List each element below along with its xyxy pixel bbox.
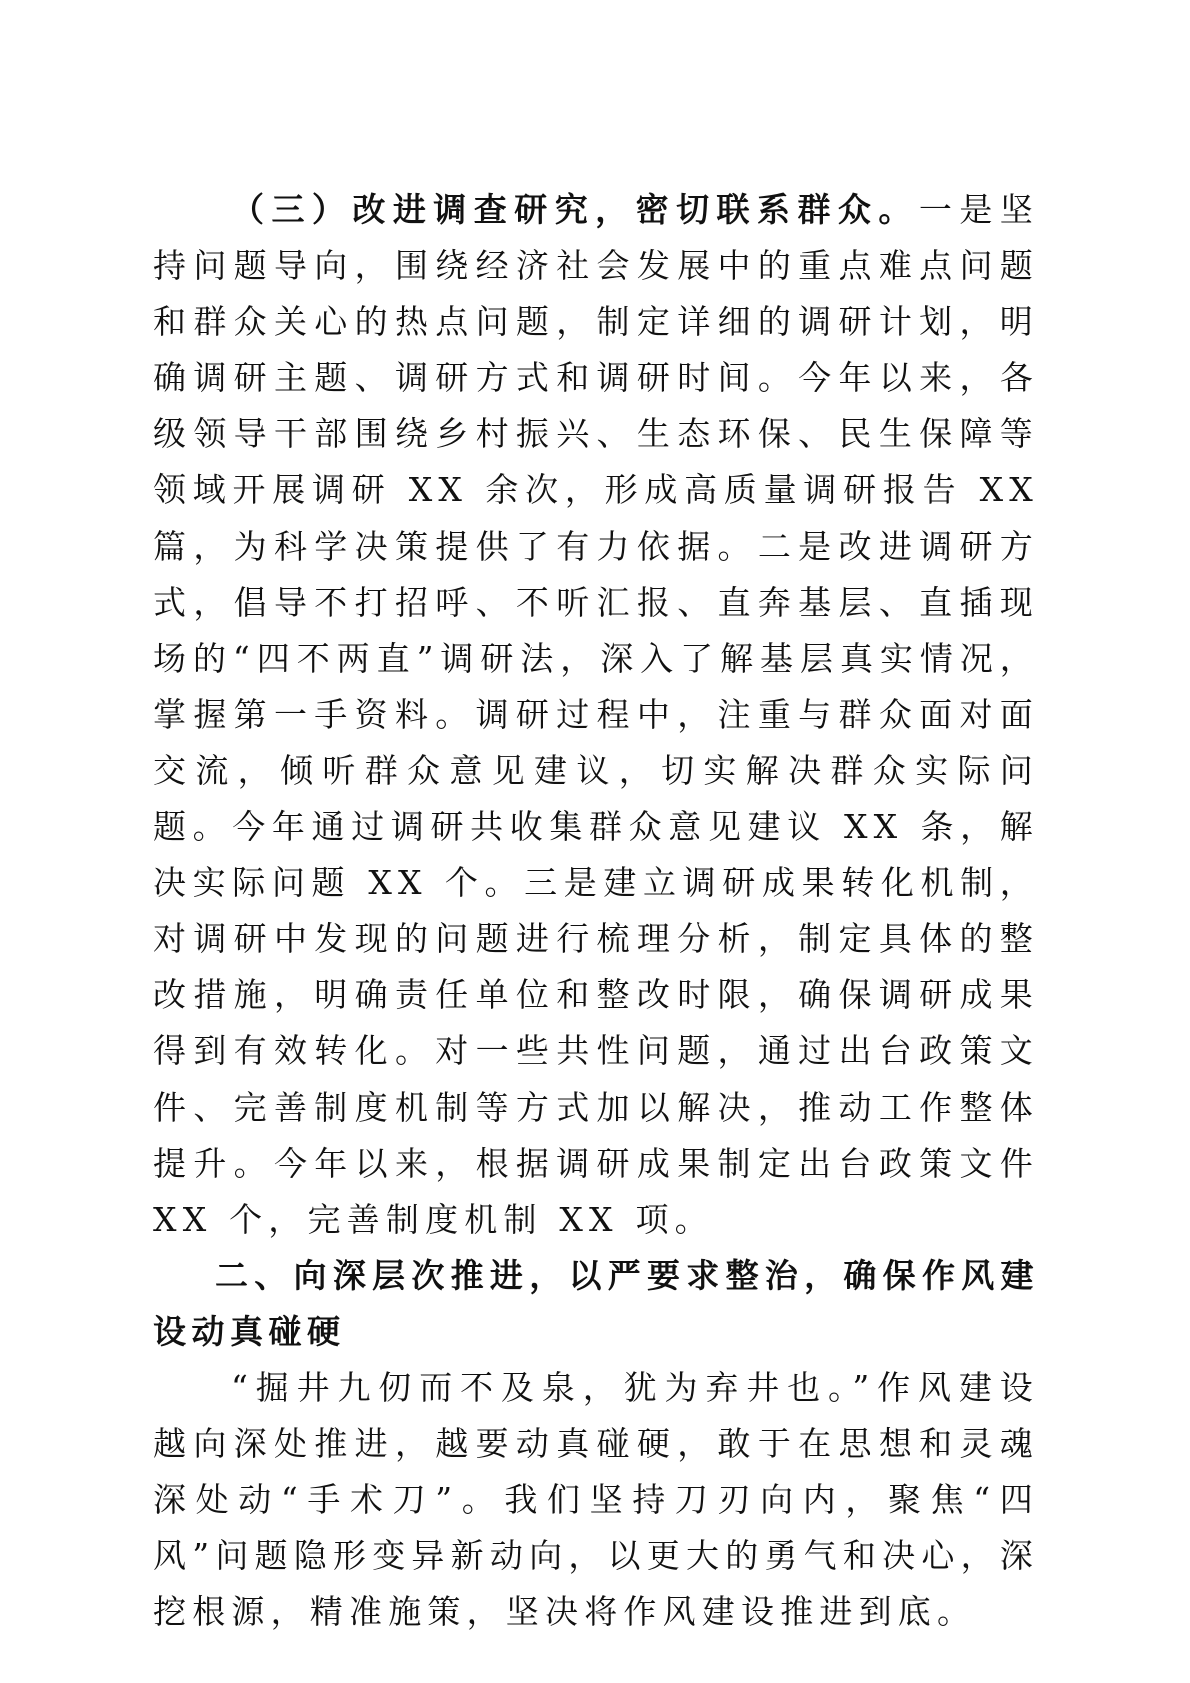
- paragraph-section-2-intro: “掘井九仞而不及泉，犹为弃井也。”作风建设越向深处推进，越要动真碰硬，敢于在思想…: [153, 1360, 1039, 1640]
- paragraph-section-3: （三）改进调查研究，密切联系群众。一是坚持问题导向，围绕经济社会发展中的重点难点…: [153, 182, 1039, 1248]
- section-heading-2: 二、向深层次推进，以严要求整治，确保作风建设动真碰硬: [153, 1248, 1039, 1360]
- subsection-lead-title: （三）改进调查研究，密切联系群众。: [231, 190, 919, 229]
- subsection-body-text: 一是坚持问题导向，围绕经济社会发展中的重点难点问题和群众关心的热点问题，制定详细…: [153, 190, 1039, 1239]
- document-page: （三）改进调查研究，密切联系群众。一是坚持问题导向，围绕经济社会发展中的重点难点…: [153, 182, 1039, 1640]
